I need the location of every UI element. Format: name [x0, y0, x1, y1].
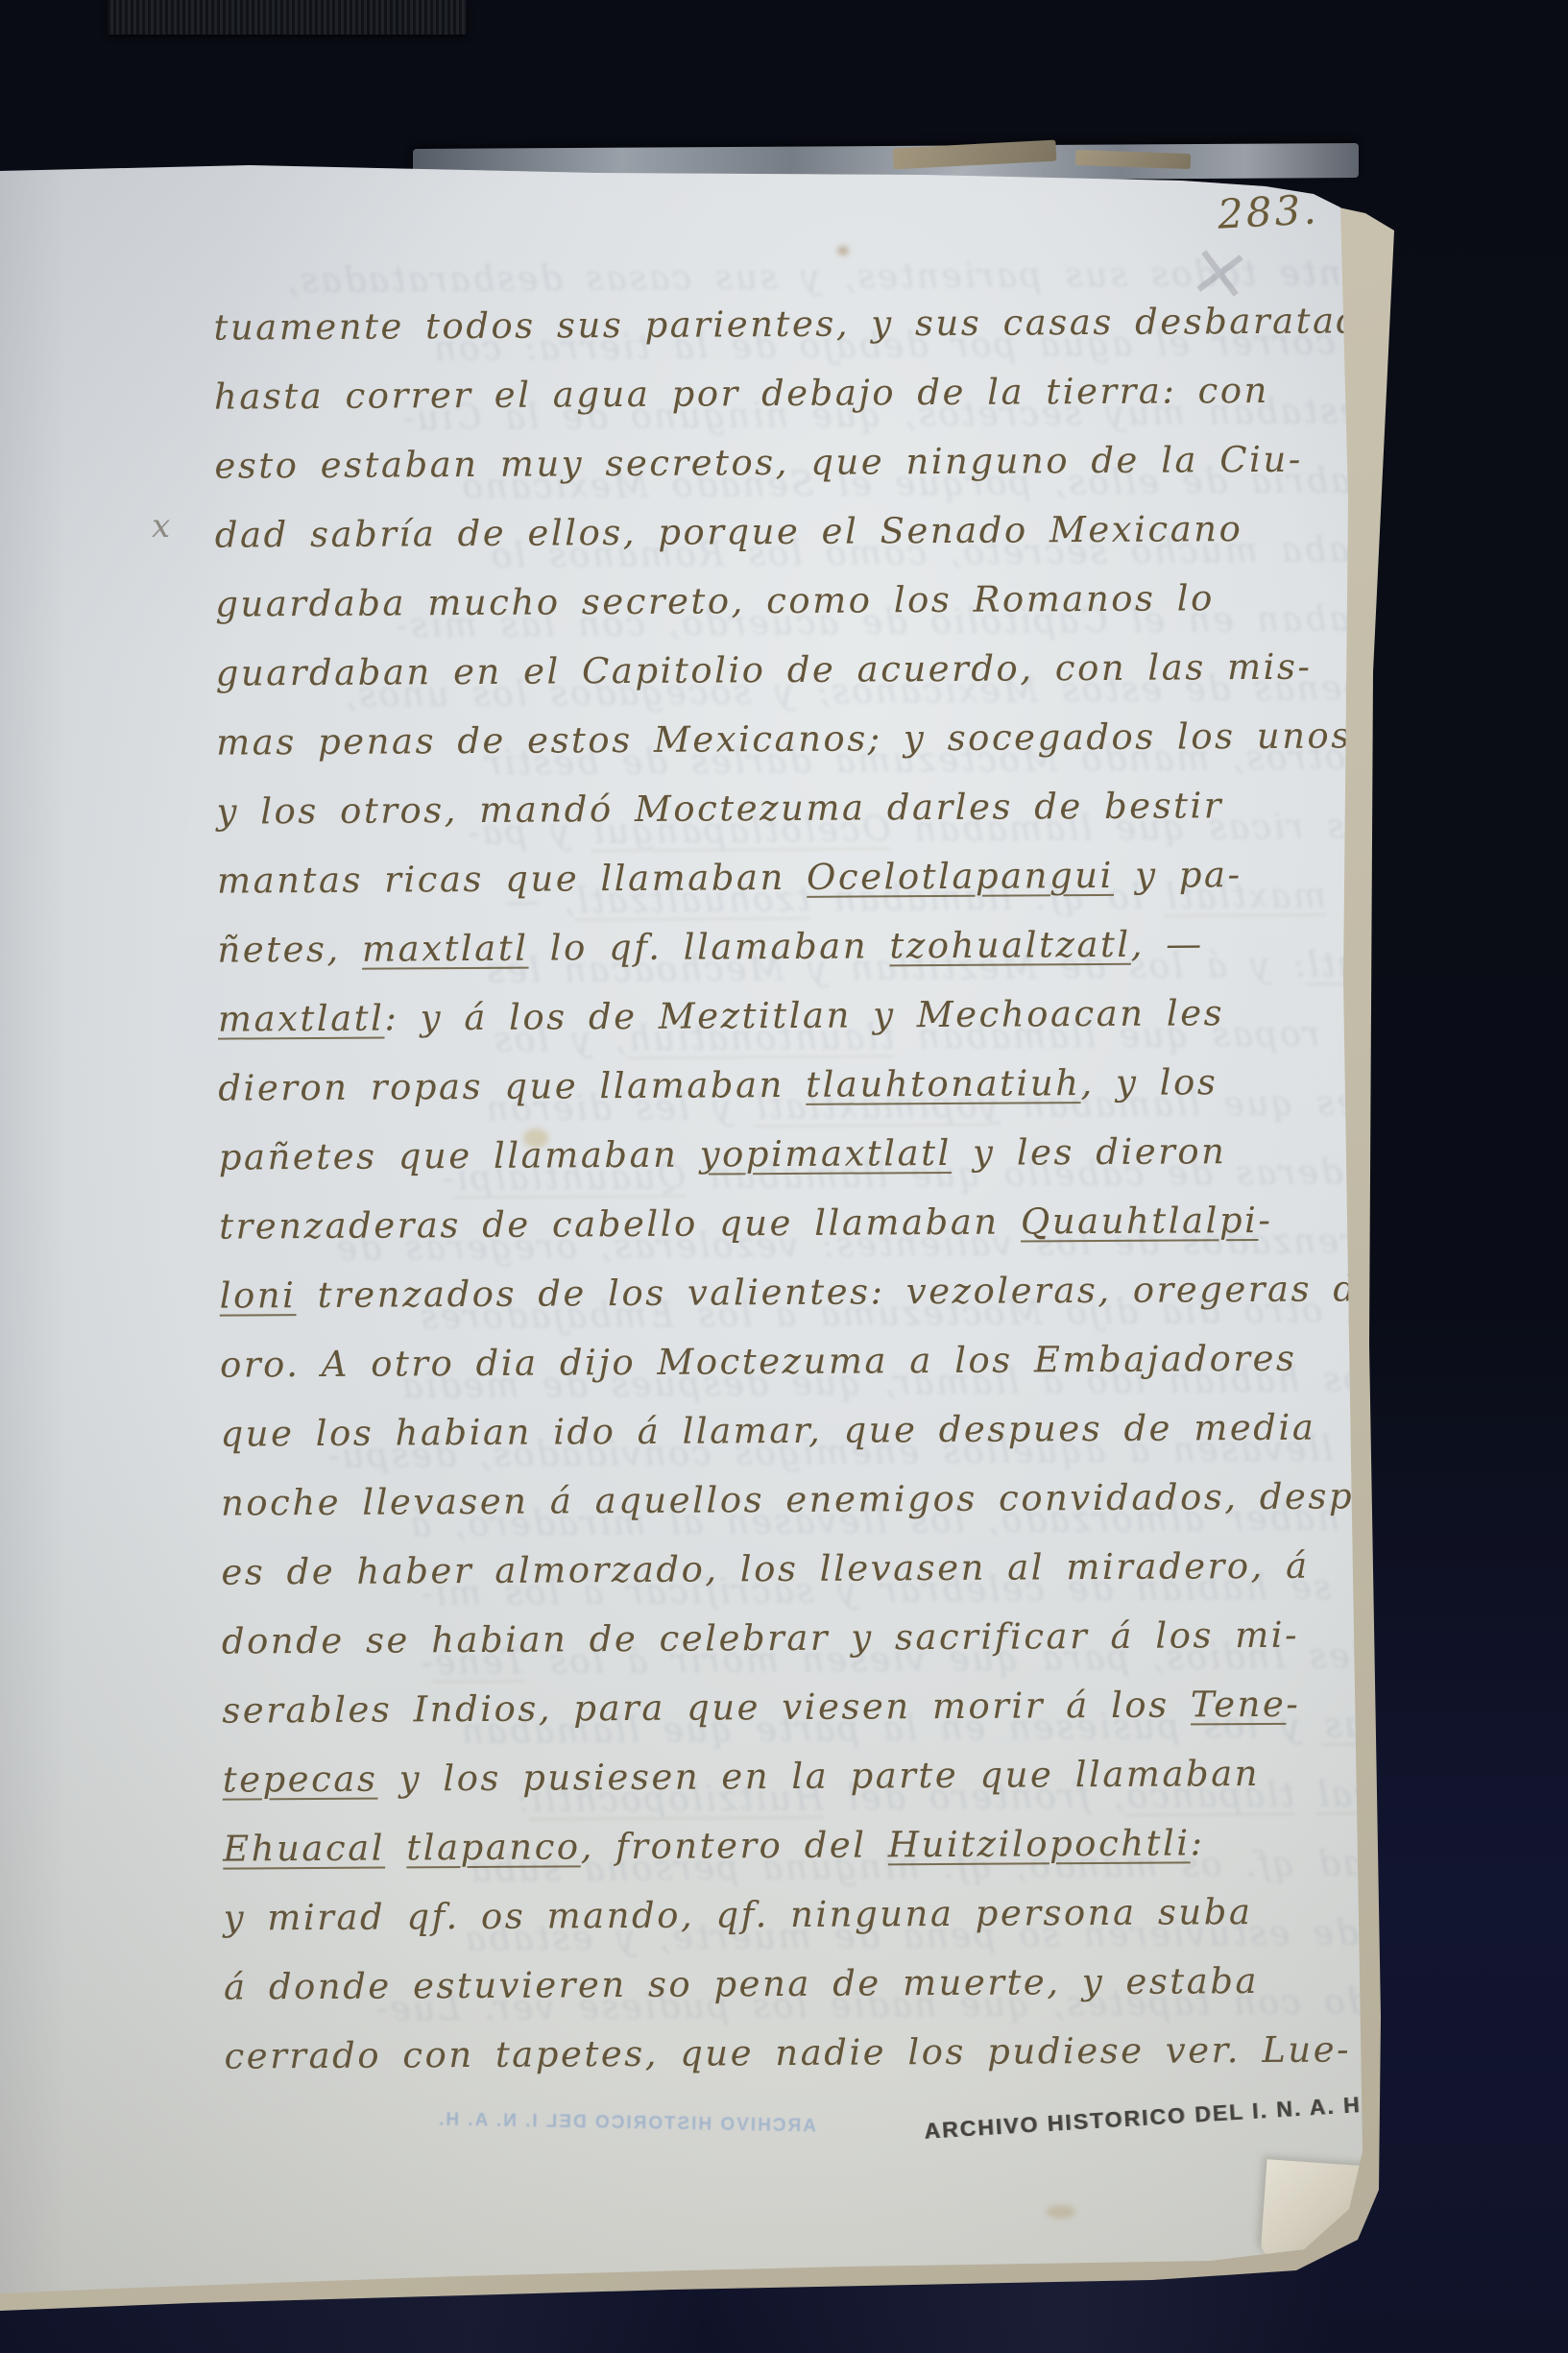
page-shading-overlay	[0, 0, 1568, 2353]
manuscript-page: tuamente todos sus parientes, y sus casa…	[0, 0, 1568, 2353]
binding-cloth-strip	[108, 0, 467, 35]
